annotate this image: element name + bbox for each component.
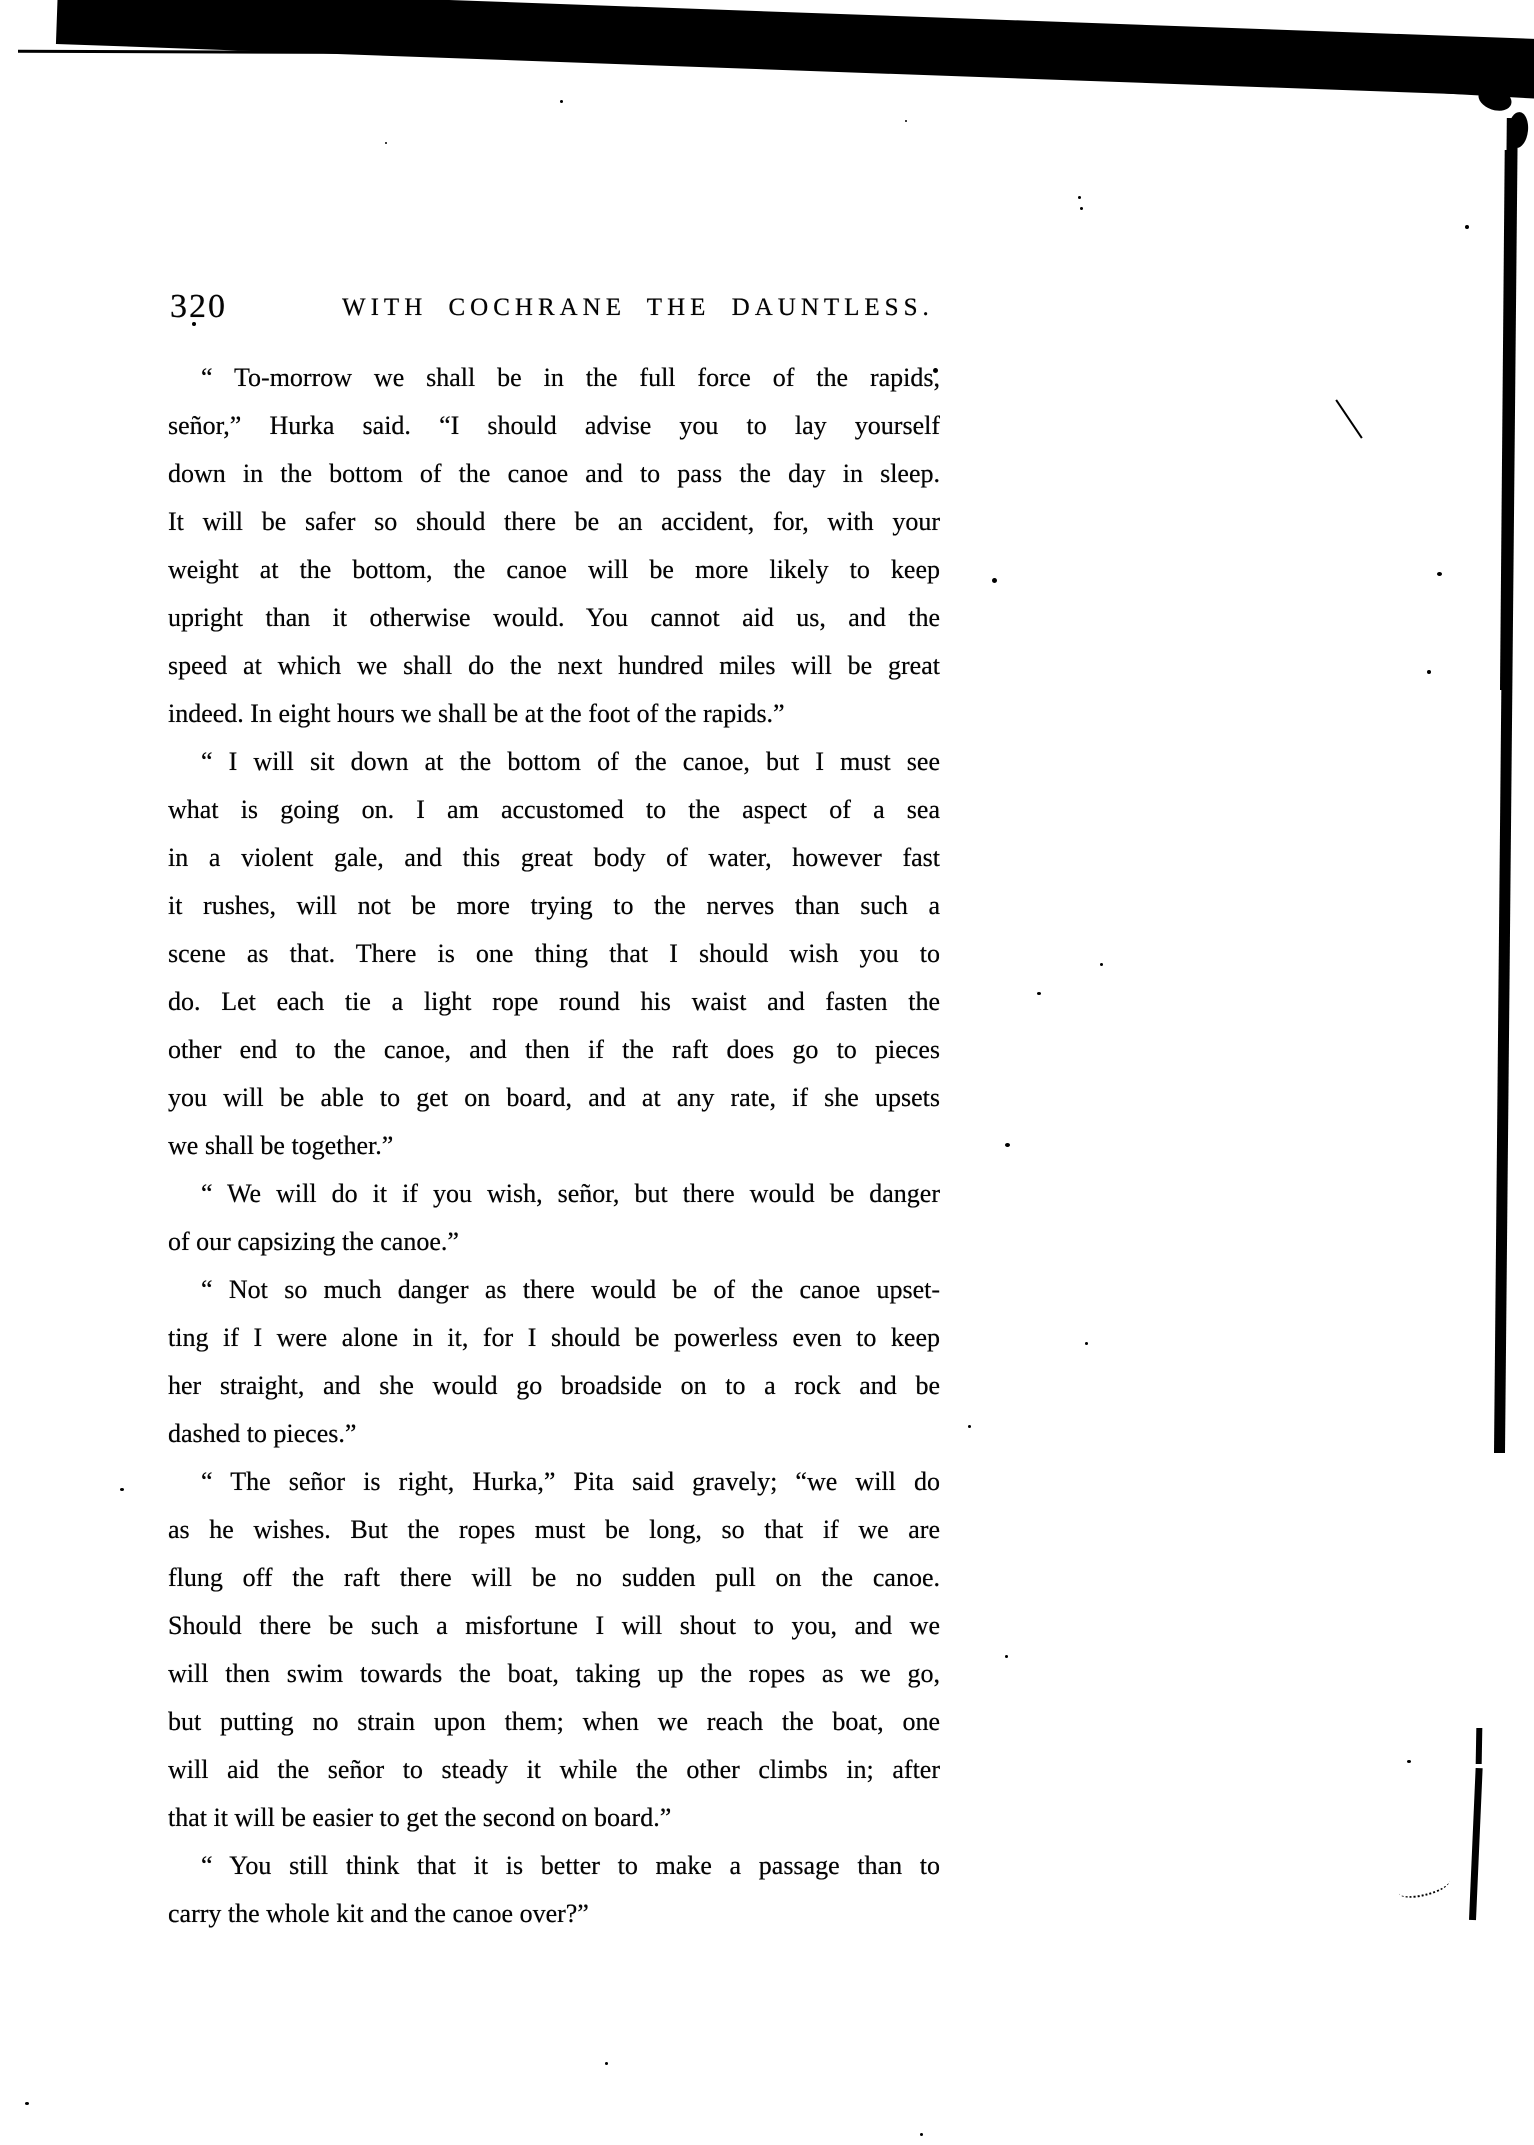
text-line: we shall be together.” — [168, 1122, 940, 1170]
text-line: that it will be easier to get the second… — [168, 1794, 940, 1842]
text-line: “ You still think that it is better to m… — [168, 1842, 940, 1890]
text-block: “ To-morrow we shall be in the full forc… — [168, 354, 940, 1938]
text-line: ting if I were alone in it, for I should… — [168, 1314, 940, 1362]
text-line: flung off the raft there will be no sudd… — [168, 1554, 940, 1602]
text-line: señor,” Hurka said. “I should advise you… — [168, 402, 940, 450]
text-line: upright than it otherwise would. You can… — [168, 594, 940, 642]
text-line: as he wishes. But the ropes must be long… — [168, 1506, 940, 1554]
paragraph: “ I will sit down at the bottom of the c… — [168, 738, 940, 1170]
page-edge-line — [1469, 1768, 1483, 1920]
scan-speck — [605, 2062, 608, 2065]
scan-speck — [1085, 1342, 1088, 1345]
text-line: scene as that. There is one thing that I… — [168, 930, 940, 978]
scan-speck — [1465, 225, 1469, 229]
text-line: other end to the canoe, and then if the … — [168, 1026, 940, 1074]
paragraph: “ To-morrow we shall be in the full forc… — [168, 354, 940, 738]
scan-speck — [1080, 207, 1083, 210]
paragraph: “ The señor is right, Hurka,” Pita said … — [168, 1458, 940, 1842]
scan-speck — [385, 142, 387, 144]
text-line: speed at which we shall do the next hund… — [168, 642, 940, 690]
text-line: “ The señor is right, Hurka,” Pita said … — [168, 1458, 940, 1506]
text-line: dashed to pieces.” — [168, 1410, 940, 1458]
scan-speck — [992, 578, 997, 583]
text-line: carry the whole kit and the canoe over?” — [168, 1890, 940, 1938]
text-line: do. Let each tie a light rope round his … — [168, 978, 940, 1026]
scan-speck — [1437, 572, 1442, 576]
scan-speck — [1037, 992, 1041, 995]
text-line: you will be able to get on board, and at… — [168, 1074, 940, 1122]
scan-speck — [968, 1425, 971, 1428]
text-line: indeed. In eight hours we shall be at th… — [168, 690, 940, 738]
scan-scratch-mark — [1335, 399, 1362, 438]
scan-speck — [1100, 963, 1103, 966]
scan-speck — [560, 100, 563, 103]
page-edge-line — [1476, 1728, 1483, 1764]
text-line: will then swim towards the boat, taking … — [168, 1650, 940, 1698]
scan-speck — [1407, 1760, 1411, 1763]
text-line: of our capsizing the canoe.” — [168, 1218, 940, 1266]
scan-speck — [1427, 670, 1431, 674]
text-line: but putting no strain upon them; when we… — [168, 1698, 940, 1746]
text-line: “ Not so much danger as there would be o… — [168, 1266, 940, 1314]
paragraph: “ We will do it if you wish, señor, but … — [168, 1170, 940, 1266]
paragraph: “ Not so much danger as there would be o… — [168, 1266, 940, 1458]
text-line: weight at the bottom, the canoe will be … — [168, 546, 940, 594]
paragraph: “ You still think that it is better to m… — [168, 1842, 940, 1938]
scan-speck — [120, 1488, 124, 1491]
scan-speck — [1078, 196, 1081, 199]
scan-speck — [920, 2133, 923, 2136]
scan-speck — [25, 2102, 29, 2105]
text-line: in a violent gale, and this great body o… — [168, 834, 940, 882]
scan-curve-mark — [1397, 1872, 1452, 1902]
text-line: it rushes, will not be more trying to th… — [168, 882, 940, 930]
text-line: Should there be such a misfortune I will… — [168, 1602, 940, 1650]
running-title: WITH COCHRANE THE DAUNTLESS. — [342, 294, 934, 322]
text-line: It will be safer so should there be an a… — [168, 498, 940, 546]
page-number: 320 — [170, 288, 227, 326]
text-line: what is going on. I am accustomed to the… — [168, 786, 940, 834]
text-line: “ We will do it if you wish, señor, but … — [168, 1170, 940, 1218]
text-line: “ To-morrow we shall be in the full forc… — [168, 354, 940, 402]
text-line: “ I will sit down at the bottom of the c… — [168, 738, 940, 786]
text-line: her straight, and she would go broadside… — [168, 1362, 940, 1410]
text-line: will aid the señor to steady it while th… — [168, 1746, 940, 1794]
scan-speck — [1005, 1655, 1008, 1658]
scan-speck — [905, 120, 907, 122]
scan-speck — [1005, 1143, 1010, 1147]
text-line: down in the bottom of the canoe and to p… — [168, 450, 940, 498]
